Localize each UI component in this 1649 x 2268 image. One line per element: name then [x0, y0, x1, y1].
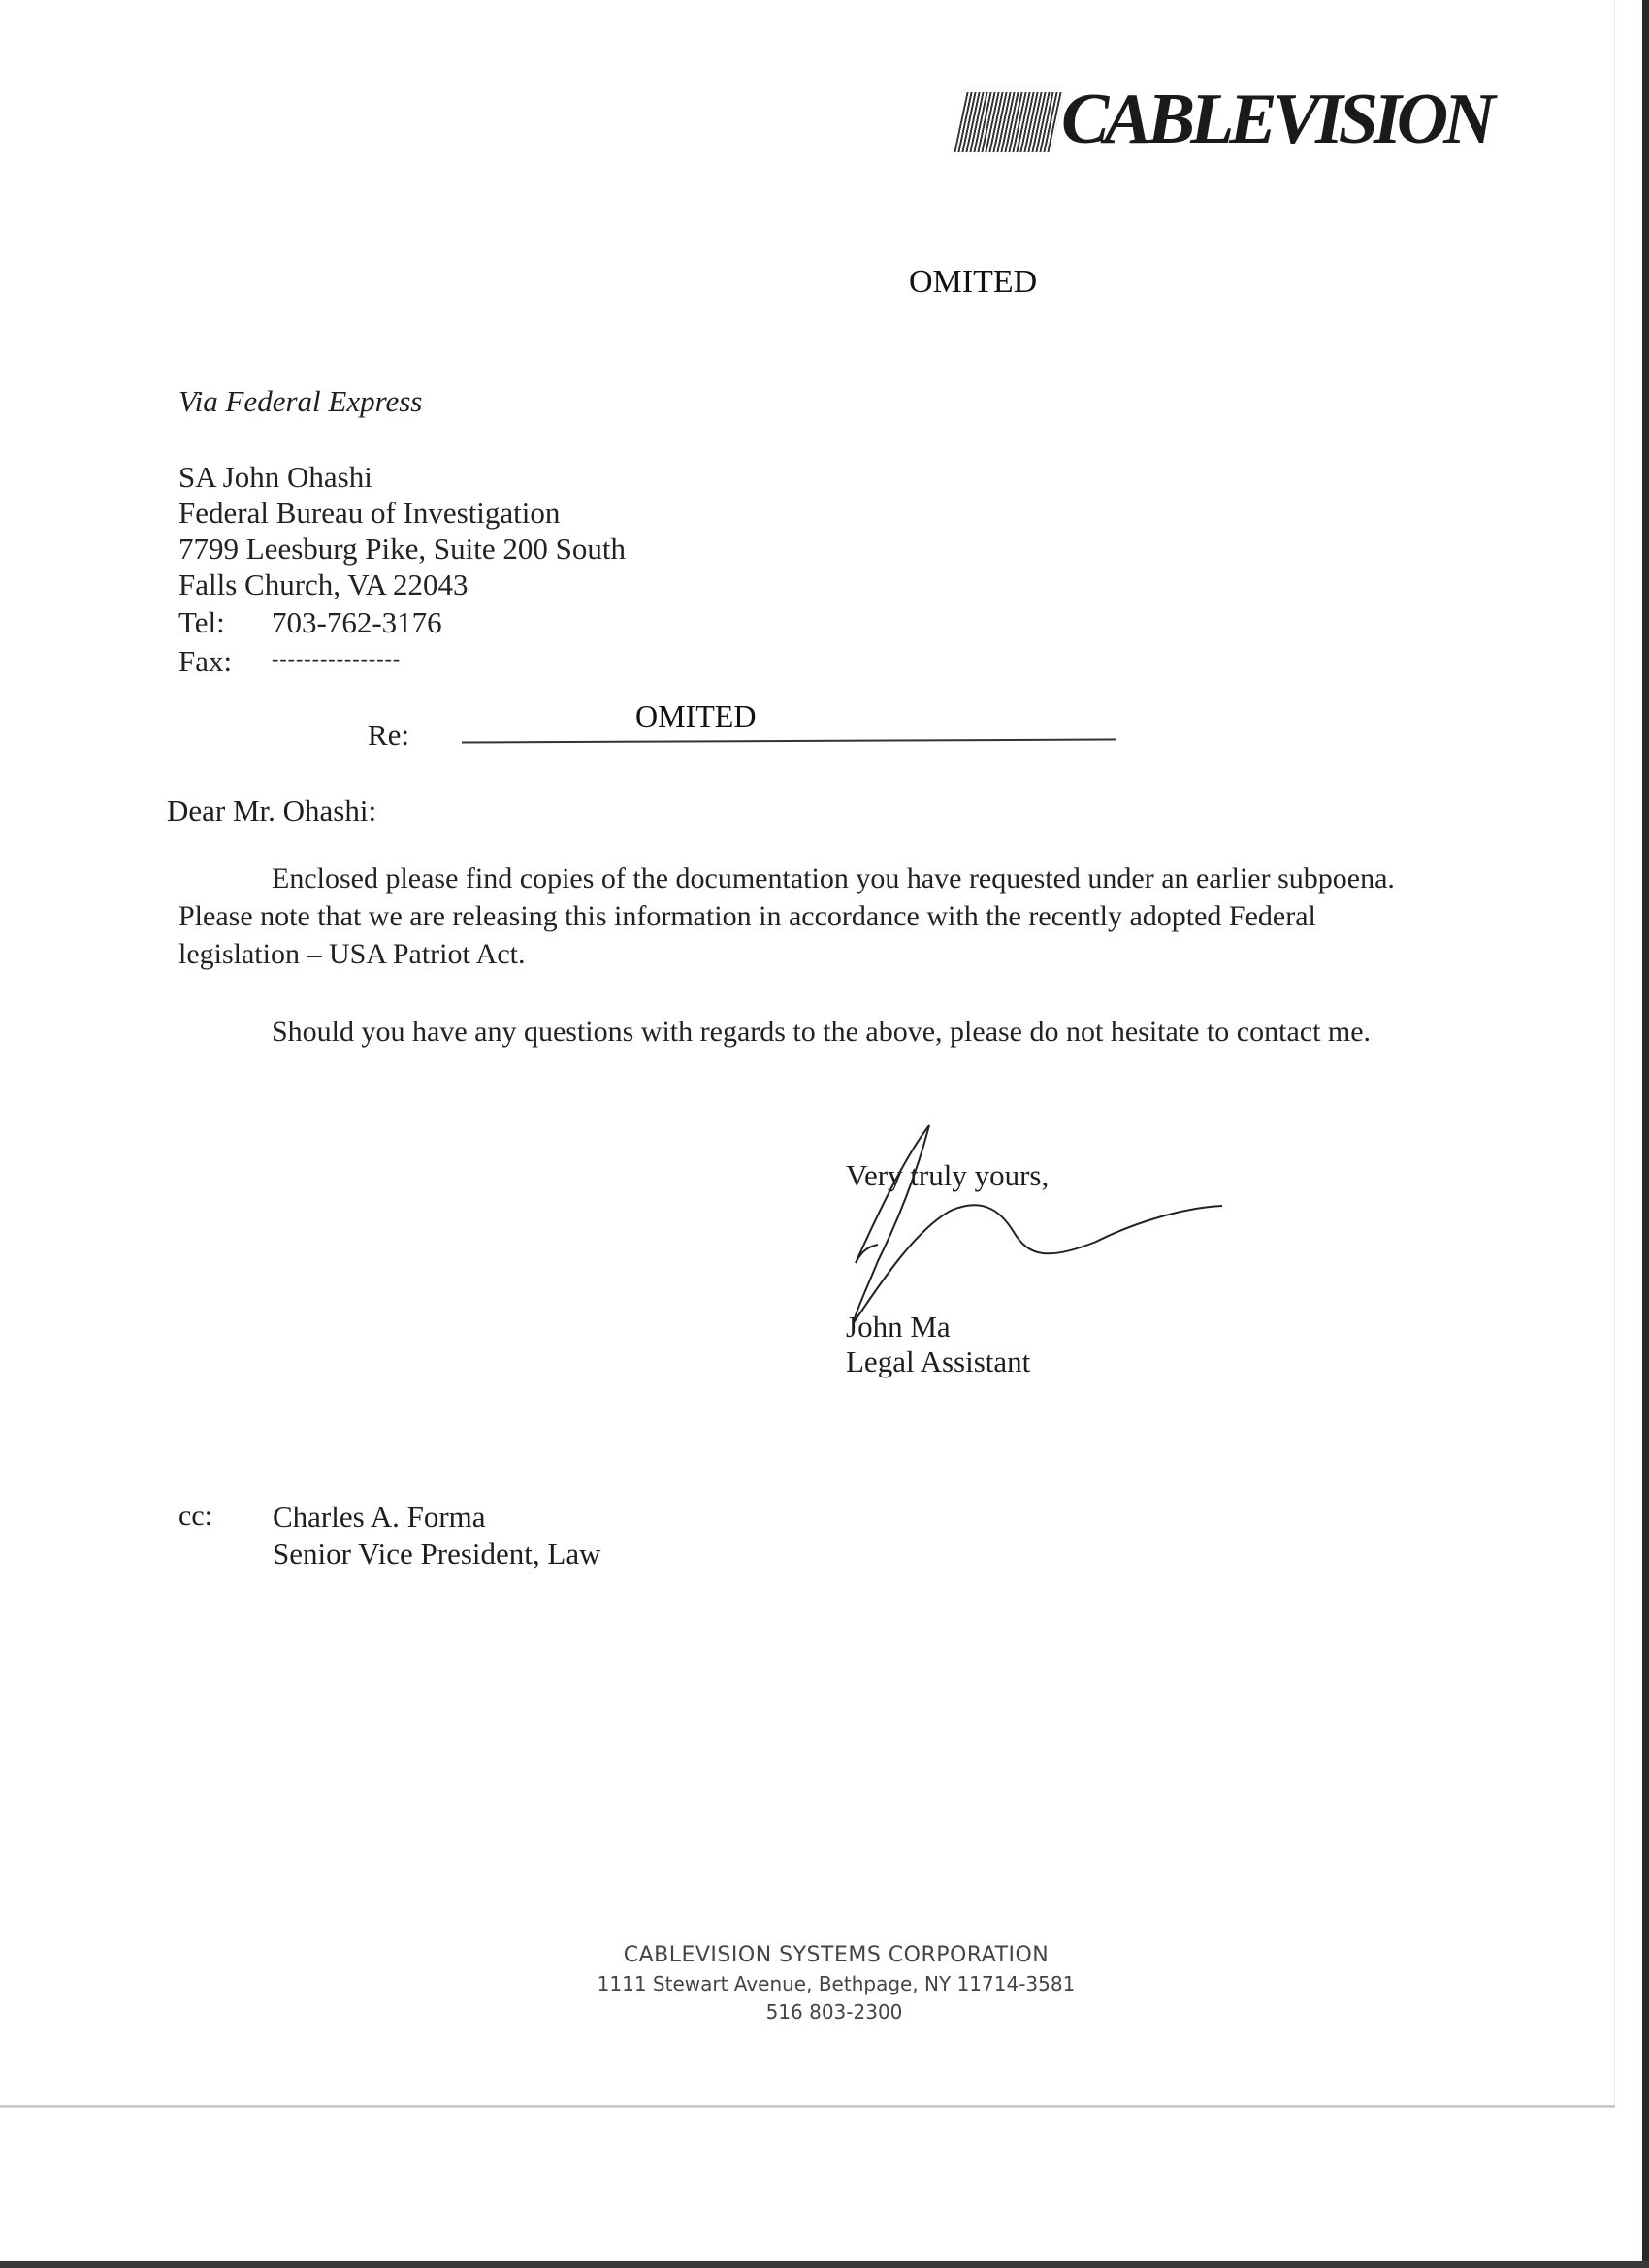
paper-fold-line	[0, 2105, 1615, 2108]
footer-phone: 516 803-2300	[0, 2000, 1649, 2024]
cablevision-logo: CABLEVISION	[960, 85, 1491, 153]
letter-page: CABLEVISION OMITED Via Federal Express S…	[0, 0, 1649, 2268]
cc-name: Charles A. Forma	[273, 1500, 486, 1535]
salutation: Dear Mr. Ohashi:	[167, 794, 376, 828]
tel-value: 703-762-3176	[272, 605, 442, 640]
body-paragraph-2: Should you have any questions with regar…	[178, 1013, 1410, 1051]
omitted-date: OMITED	[909, 264, 1037, 301]
body-paragraph-1-text: Enclosed please find copies of the docum…	[178, 862, 1395, 970]
body-paragraph-1: Enclosed please find copies of the docum…	[178, 859, 1410, 973]
tel-label: Tel:	[178, 605, 225, 640]
cc-label: cc:	[178, 1500, 212, 1533]
scan-bottom-border	[0, 2261, 1649, 2268]
body-paragraph-2-text: Should you have any questions with regar…	[272, 1016, 1371, 1048]
footer-address: 1111 Stewart Avenue, Bethpage, NY 11714-…	[0, 1972, 1649, 1995]
re-subject: OMITED	[635, 698, 756, 734]
scan-edge-shadow	[1614, 0, 1615, 2105]
recipient-organization: Federal Bureau of Investigation	[178, 496, 560, 531]
cc-title: Senior Vice President, Law	[273, 1537, 601, 1571]
recipient-city: Falls Church, VA 22043	[178, 567, 469, 602]
re-underline	[462, 739, 1116, 744]
signer-name: John Ma	[846, 1310, 951, 1345]
scan-right-border	[1642, 0, 1649, 2268]
re-label: Re:	[368, 718, 409, 753]
fax-value: ----------------	[272, 646, 401, 671]
fax-label: Fax:	[178, 644, 232, 679]
delivery-method: Via Federal Express	[178, 384, 422, 419]
signer-title: Legal Assistant	[846, 1345, 1030, 1379]
striped-bars-icon	[954, 92, 1063, 152]
logo-wordmark: CABLEVISION	[1061, 83, 1491, 155]
recipient-street: 7799 Leesburg Pike, Suite 200 South	[178, 532, 626, 567]
recipient-name: SA John Ohashi	[178, 460, 372, 495]
footer-company: CABLEVISION SYSTEMS CORPORATION	[0, 1943, 1649, 1967]
